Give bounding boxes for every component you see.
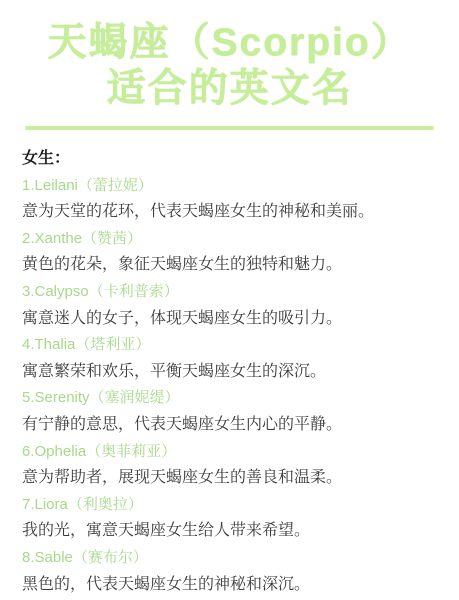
entry-desc: 我的光，寓意天蝎座女生给人带来希望。 bbox=[22, 518, 439, 545]
page-title-line-2: 适合的英文名 bbox=[0, 66, 459, 112]
entry-name: 2.Xanthe（赞茜） bbox=[22, 226, 439, 253]
entry-name: 7.Liora（利奥拉） bbox=[22, 492, 439, 519]
entry-desc: 黑色的，代表天蝎座女生的神秘和深沉。 bbox=[22, 572, 439, 599]
entry-name: 1.Leilani（蕾拉妮） bbox=[22, 173, 439, 200]
entry-desc: 黄色的花朵，象征天蝎座女生的独特和魅力。 bbox=[22, 252, 439, 279]
entry-desc: 寓意繁荣和欢乐，平衡天蝎座女生的深沉。 bbox=[22, 359, 439, 386]
entry-desc: 意为帮助者，展现天蝎座女生的善良和温柔。 bbox=[22, 465, 439, 492]
name-list: 女生： 1.Leilani（蕾拉妮） 意为天堂的花环，代表天蝎座女生的神秘和美丽… bbox=[0, 130, 459, 598]
entry-name: 6.Ophelia（奥菲莉亚） bbox=[22, 439, 439, 466]
entry-name: 3.Calypso（卡利普索） bbox=[22, 279, 439, 306]
page-title-line-1: 天蝎座（Scorpio） bbox=[0, 20, 459, 66]
entry-name: 5.Serenity（塞润妮缇） bbox=[22, 385, 439, 412]
entry-name: 8.Sable（赛布尔） bbox=[22, 545, 439, 572]
post-image: 天蝎座（Scorpio） 适合的英文名 女生： 1.Leilani（蕾拉妮） 意… bbox=[0, 0, 459, 600]
entry-desc: 意为天堂的花环，代表天蝎座女生的神秘和美丽。 bbox=[22, 199, 439, 226]
page-header: 天蝎座（Scorpio） 适合的英文名 bbox=[0, 0, 459, 112]
section-label-girls: 女生： bbox=[22, 146, 439, 173]
entry-desc: 有宁静的意思，代表天蝎座女生内心的平静。 bbox=[22, 412, 439, 439]
entry-name: 4.Thalia（塔利亚） bbox=[22, 332, 439, 359]
entry-desc: 寓意迷人的女子，体现天蝎座女生的吸引力。 bbox=[22, 306, 439, 333]
